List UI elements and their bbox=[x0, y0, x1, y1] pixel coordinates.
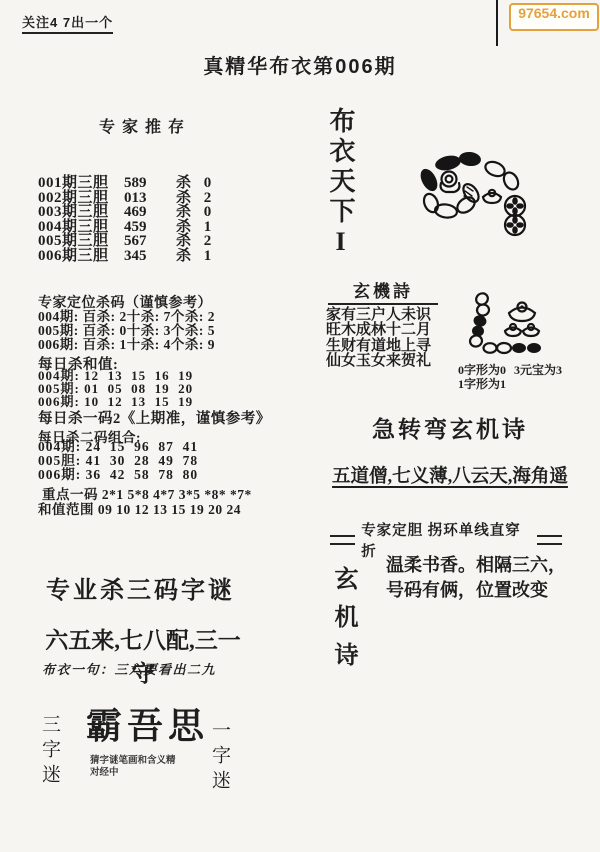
riddle-footnote: 猜字谜笔画和含义精 对经中 bbox=[90, 755, 176, 779]
mystery-verse-text: 温柔书香。相隔三六， 号码有俩，位置改变 bbox=[386, 553, 566, 603]
mystery-poem: 玄機詩 家有三户人未识 旺木成林十二月 生财有道地上寻 仙女玉女来贺礼 bbox=[326, 277, 440, 369]
kill-value: 杀 2 bbox=[176, 191, 211, 206]
poem-line: 家有三户人未识 bbox=[326, 308, 440, 323]
riddle-footnote-line2: 对经中 bbox=[90, 767, 176, 779]
kill-value: 杀 1 bbox=[176, 249, 211, 264]
kill-value: 杀 2 bbox=[176, 234, 211, 249]
dan-numbers: 589 bbox=[124, 176, 176, 191]
issue-label: 002期三胆 bbox=[38, 191, 124, 206]
two-code-kill-list: 004期: 24 15 96 87 41 005胆: 41 30 28 49 7… bbox=[38, 440, 198, 483]
legend-three-ingots: 3元宝为3 bbox=[514, 361, 562, 378]
expert-history-row: 001期三胆 589 杀 0 bbox=[38, 176, 211, 191]
dan-numbers: 567 bbox=[124, 234, 176, 249]
riddle-section-title: 专业杀三码字谜 bbox=[38, 570, 243, 605]
buyi-sentence: 布衣一句：三六要看出二九 bbox=[42, 659, 216, 678]
mystery-poem-title: 玄機詩 bbox=[328, 277, 438, 305]
issue-label: 006期三胆 bbox=[38, 249, 124, 264]
two-code-kill-row: 006期: 36 42 58 78 80 bbox=[38, 468, 198, 482]
poem-line: 仙女玉女来贺礼 bbox=[326, 354, 440, 369]
position-kill-row: 004期: 百杀: 2十杀: 7个杀: 2 bbox=[38, 310, 215, 324]
dan-numbers: 345 bbox=[124, 249, 176, 264]
bead-and-ingot-drawing bbox=[463, 287, 555, 361]
issue-label: 005期三胆 bbox=[38, 234, 124, 249]
sum-kill-list: 004期: 12 13 15 16 19 005期: 01 05 08 19 2… bbox=[38, 369, 193, 409]
header-note: 关注4 7出一个 bbox=[22, 12, 113, 34]
riddle-answer-text: 霸吾思 bbox=[86, 698, 209, 749]
header-divider-line bbox=[496, 0, 498, 46]
expert-history-row: 003期三胆 469 杀 0 bbox=[38, 205, 211, 220]
coin-spiral-drawing bbox=[413, 139, 555, 245]
expert-history-row: 006期三胆 345 杀 1 bbox=[38, 249, 211, 264]
dan-numbers: 013 bbox=[124, 191, 176, 206]
poem-line: 生财有道地上寻 bbox=[326, 339, 440, 354]
mystery-verse-line2: 号码有俩，位置改变 bbox=[386, 578, 566, 603]
poem-line: 旺木成林十二月 bbox=[326, 323, 440, 338]
lottery-sheet-page: 关注4 7出一个 97654.com 真精华布衣第006期 专家推存 001期三… bbox=[0, 0, 600, 852]
dan-numbers: 459 bbox=[124, 220, 176, 235]
three-char-riddle-label: 三字迷 bbox=[36, 714, 63, 789]
mystery-verse-line1: 温柔书香。相隔三六， bbox=[386, 553, 566, 578]
two-code-kill-row: 005胆: 41 30 28 49 78 bbox=[38, 454, 198, 468]
legend-one-shape: 1字形为1 bbox=[458, 375, 506, 392]
two-code-kill-row: 004期: 24 15 96 87 41 bbox=[38, 440, 198, 454]
mystery-verse-label: 玄机诗 bbox=[326, 566, 361, 680]
one-code-kill-line: 每日杀一码2《上期准，谨慎参考》 bbox=[38, 407, 271, 428]
expert-section-title: 专家推存 bbox=[70, 114, 220, 137]
position-kill-row: 005期: 百杀: 0十杀: 3个杀: 5 bbox=[38, 324, 215, 338]
sharp-turn-poem-title: 急转弯玄机诗 bbox=[338, 411, 562, 444]
kill-value: 杀 0 bbox=[176, 176, 211, 191]
kill-value: 杀 0 bbox=[176, 205, 211, 220]
expert-history-row: 005期三胆 567 杀 2 bbox=[38, 234, 211, 249]
site-watermark-link[interactable]: 97654.com bbox=[509, 3, 599, 31]
expert-history-row: 002期三胆 013 杀 2 bbox=[38, 191, 211, 206]
dan-numbers: 469 bbox=[124, 205, 176, 220]
divider-rule-right bbox=[537, 535, 562, 545]
position-kill-row: 006期: 百杀: 1十杀: 4个杀: 9 bbox=[38, 338, 215, 352]
riddle-verse: 六五来,七八配,三一守 bbox=[38, 622, 248, 688]
page-title: 真精华布衣第006期 bbox=[0, 50, 600, 79]
issue-label: 001期三胆 bbox=[38, 176, 124, 191]
riddle-footnote-line1: 猜字谜笔画和含义精 bbox=[90, 755, 176, 767]
buyi-tianxia-banner: 布衣天下I bbox=[322, 107, 359, 260]
divider-rule-left bbox=[330, 535, 355, 545]
sum-range-line: 和值范围 09 10 12 13 15 19 20 24 bbox=[38, 498, 241, 518]
position-kill-list: 004期: 百杀: 2十杀: 7个杀: 2 005期: 百杀: 0十杀: 3个杀… bbox=[38, 310, 215, 352]
expert-history-list: 001期三胆 589 杀 0 002期三胆 013 杀 2 003期三胆 469… bbox=[38, 176, 211, 264]
one-char-riddle-label: 一字迷 bbox=[206, 720, 233, 795]
issue-label: 003期三胆 bbox=[38, 205, 124, 220]
sharp-turn-poem-verse: 五道僧,七义薄,八云天,海角遥 bbox=[330, 462, 570, 488]
